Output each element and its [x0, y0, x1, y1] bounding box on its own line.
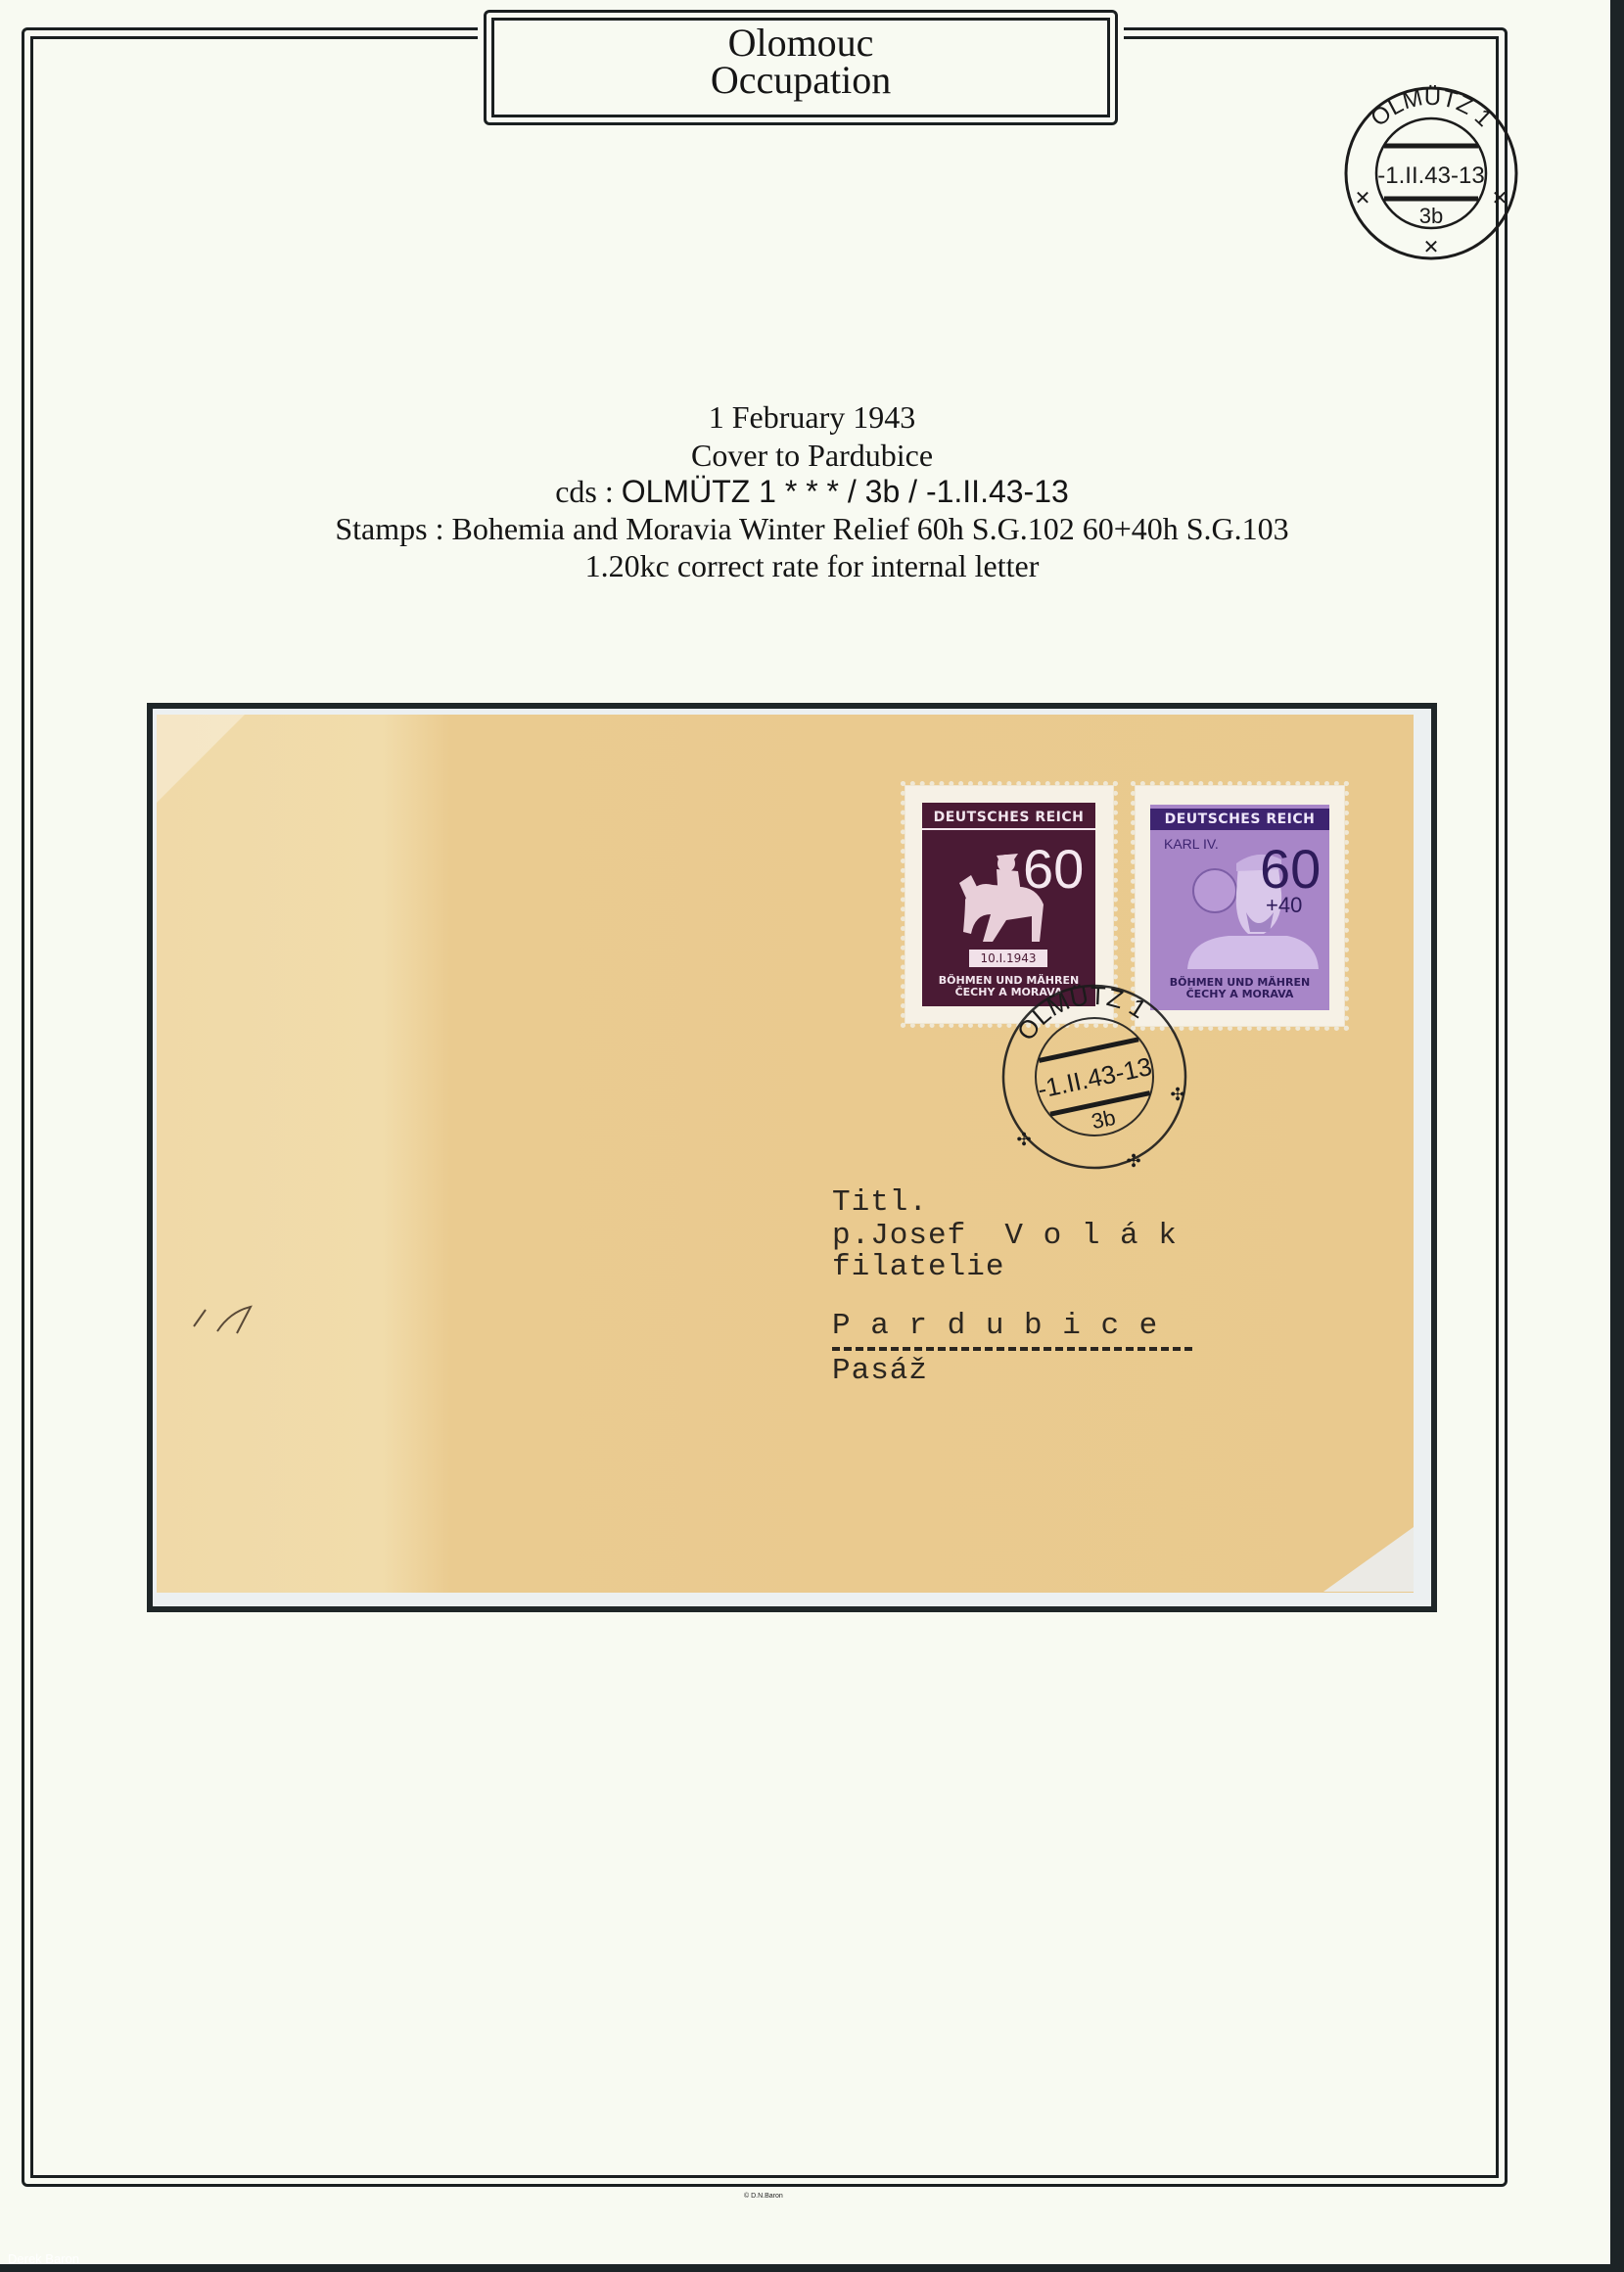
stamp-1-value: 60: [1023, 842, 1084, 897]
watermark: Derek Baron: [8, 2251, 79, 2266]
cover-postmark: OLMÜTZ 1 -1.II.43-13 3b ✣ ✣ ✣: [997, 979, 1192, 1175]
scan-edge-right: [1610, 0, 1624, 2272]
cover-subject: Cover to Pardubice: [0, 438, 1624, 473]
address-line-1: Titl.: [832, 1186, 928, 1220]
svg-text:3b: 3b: [1419, 204, 1443, 228]
svg-text:3b: 3b: [1090, 1105, 1118, 1135]
rate-note: 1.20kc correct rate for internal letter: [0, 548, 1624, 583]
svg-text:✕: ✕: [1423, 237, 1440, 258]
cds-value: OLMÜTZ 1 * * * / 3b / -1.II.43-13: [622, 474, 1069, 509]
stamp-1-date-banner: 10.I.1943: [969, 950, 1047, 967]
address-line-3: filatelie: [832, 1251, 1004, 1284]
stamp-2-header: DEUTSCHES REICH: [1150, 809, 1329, 830]
mount-corner-top-left: [157, 715, 245, 803]
cds-label: cds :: [555, 474, 622, 509]
svg-text:✣: ✣: [1126, 1151, 1140, 1171]
page-subtitle: Occupation: [489, 61, 1112, 100]
stamp-2-value: 60: [1260, 842, 1321, 897]
address-line-2: p.Josef V o l á k: [832, 1220, 1178, 1253]
header-postmark-town: OLMÜTZ 1: [1366, 84, 1497, 132]
svg-text:✕: ✕: [1355, 188, 1371, 209]
pencil-note: [176, 1292, 274, 1351]
stamps-description: Stamps : Bohemia and Moravia Winter Reli…: [0, 511, 1624, 546]
svg-text:-1.II.43-13: -1.II.43-13: [1377, 162, 1484, 189]
svg-text:✣: ✣: [1016, 1130, 1031, 1149]
stamp-1-face: DEUTSCHES REICH 60 10.I.1943 BÖHMEN UND …: [922, 803, 1095, 1006]
stamp-1-header: DEUTSCHES REICH: [922, 807, 1095, 830]
address-underline: [832, 1347, 1192, 1351]
svg-text:✕: ✕: [1492, 188, 1508, 209]
cds-line: cds : OLMÜTZ 1 * * * / 3b / -1.II.43-13: [0, 474, 1624, 509]
header-postmark: OLMÜTZ 1 -1.II.43-13 3b ✕ ✕ ✕: [1341, 83, 1527, 269]
svg-text:✣: ✣: [1170, 1085, 1184, 1104]
address-line-4: P a r d u b i c e: [832, 1310, 1158, 1343]
copyright: © D.N.Baron: [744, 2193, 783, 2200]
stamp-2-surcharge: +40: [1266, 893, 1302, 918]
cover-date: 1 February 1943: [0, 399, 1624, 435]
scan-edge-bottom: [0, 2264, 1624, 2272]
mount-corner-bottom-right: [1323, 1527, 1414, 1592]
page-title: Olomouc: [489, 23, 1112, 63]
address-line-5: Pasáž: [832, 1355, 928, 1388]
